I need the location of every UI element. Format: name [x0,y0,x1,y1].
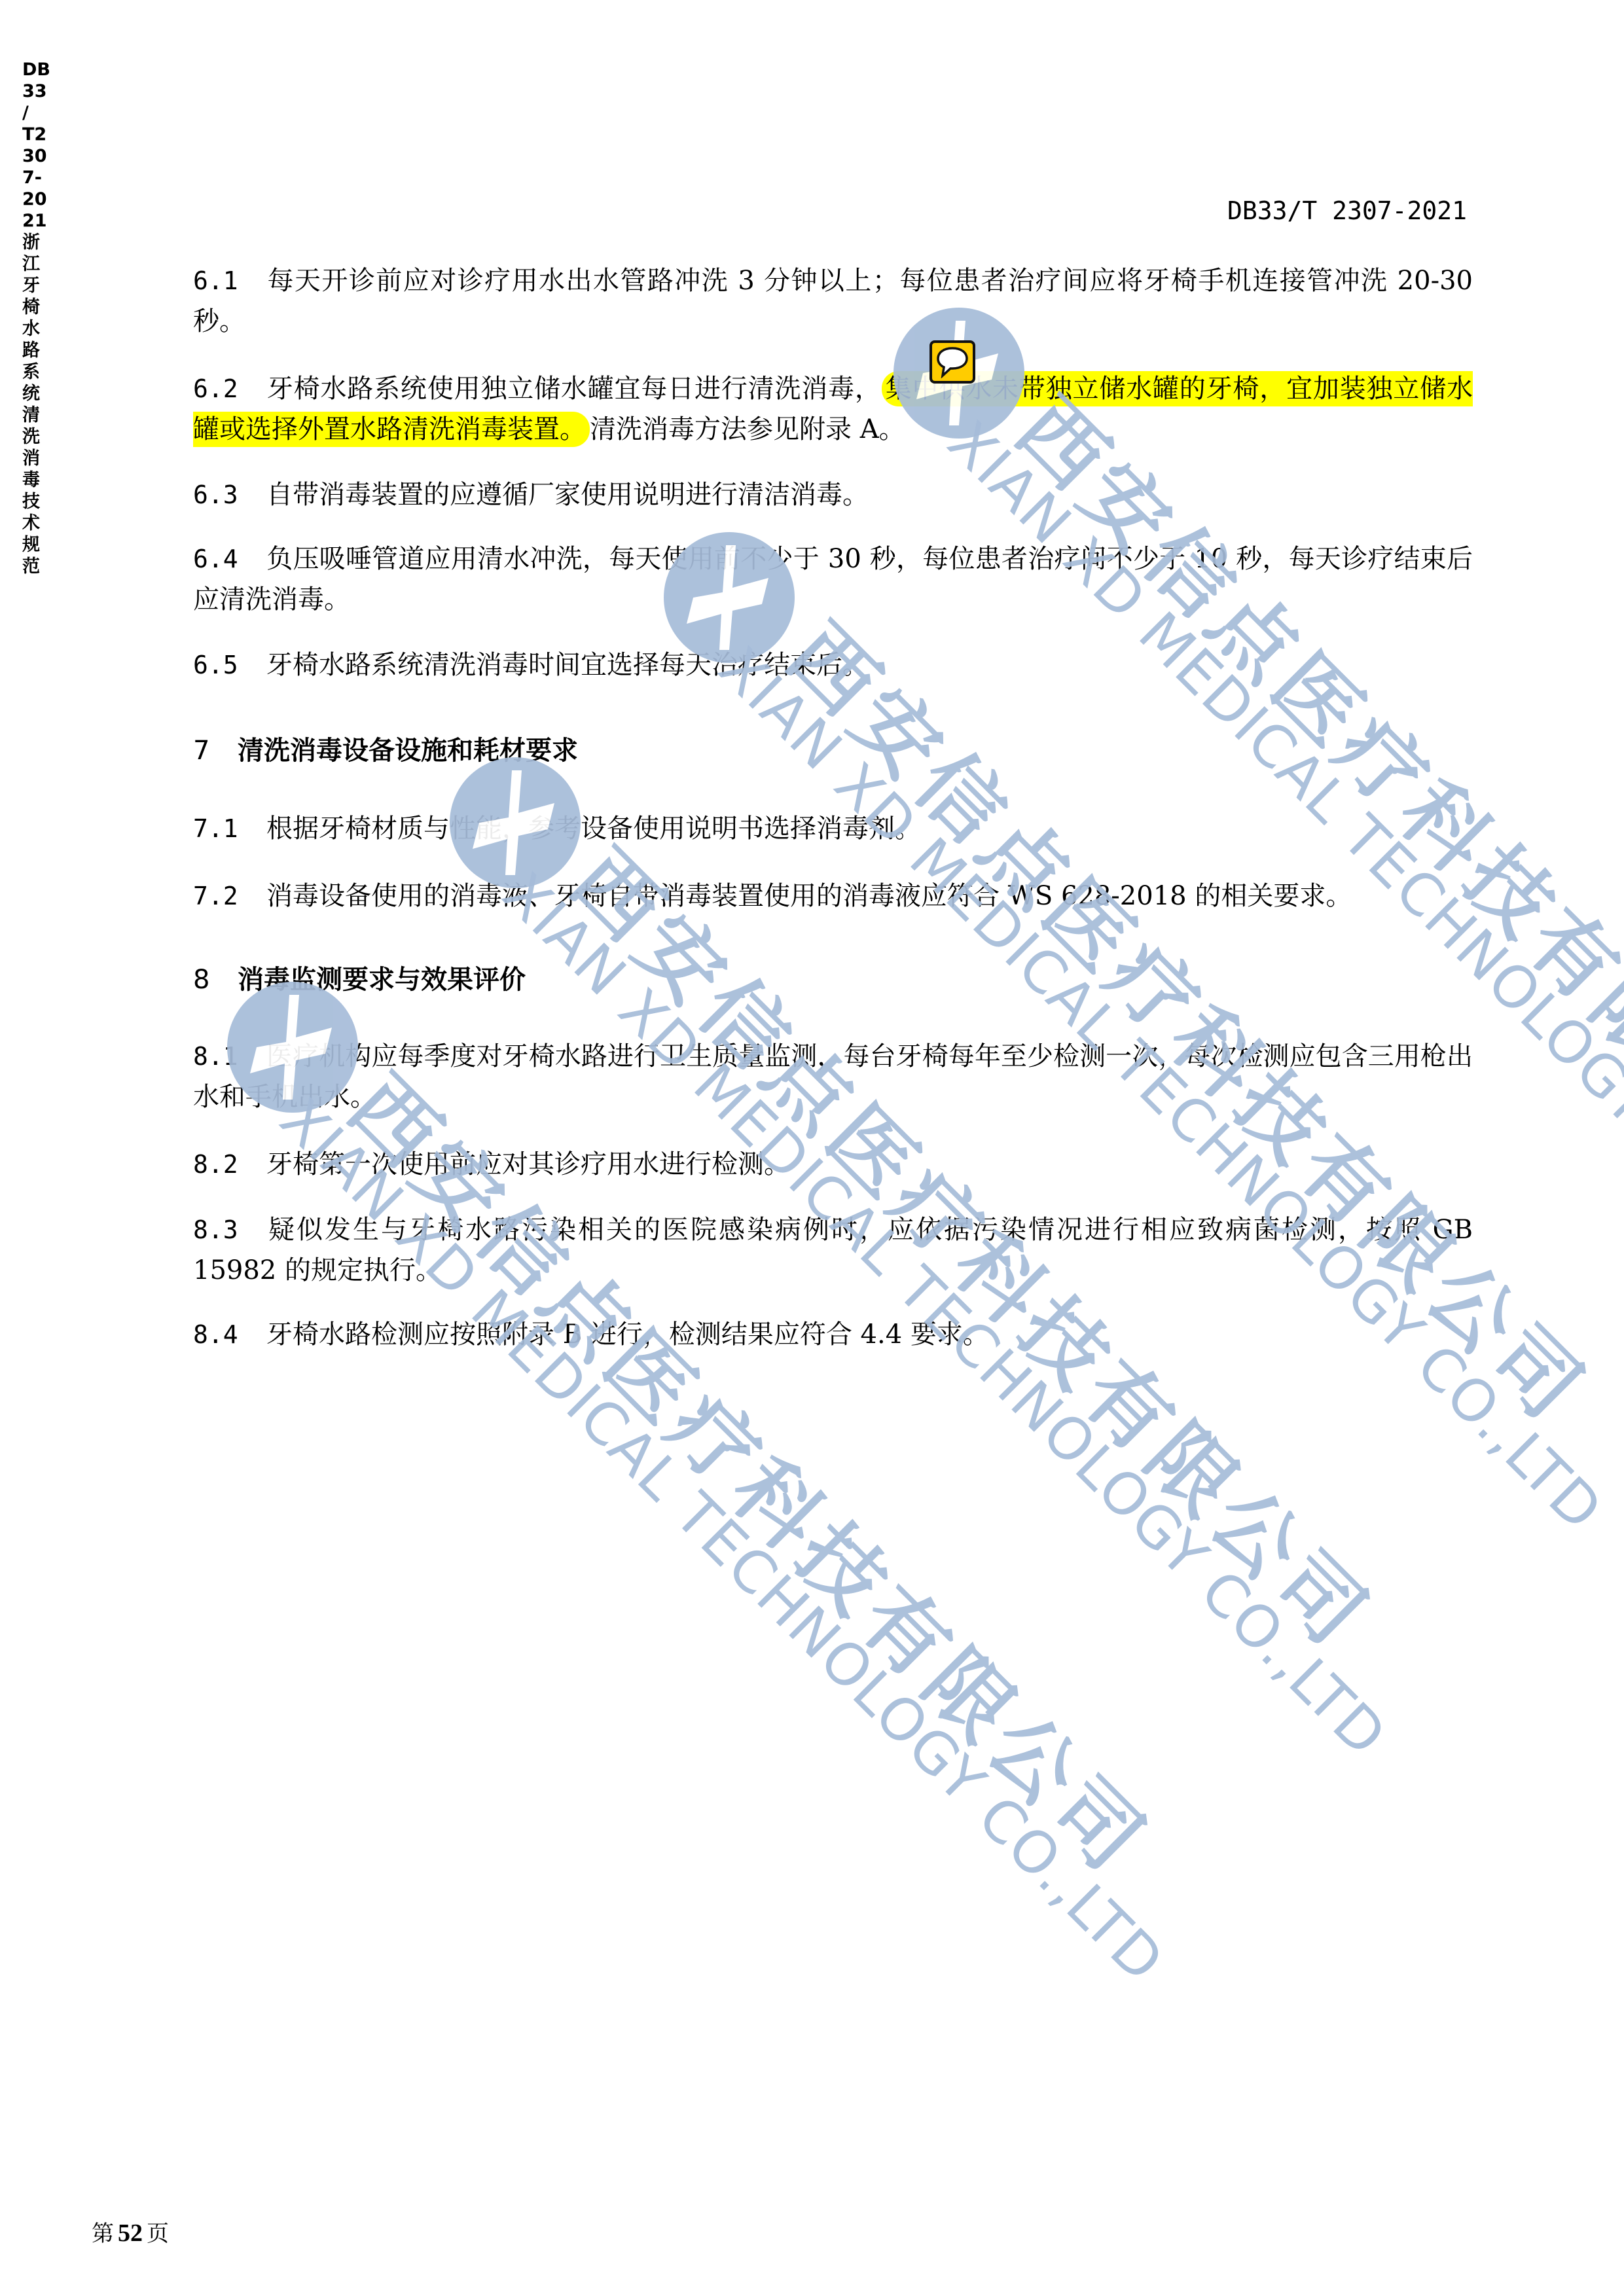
document-spine-title: DB33/T2307-2021浙江牙椅水路系统清洗消毒技术规范 [22,59,55,577]
page-footer: 第52页 [92,2215,169,2248]
clause-text: 牙椅水路系统使用独立储水罐宜每日进行清洗消毒， [266,374,882,404]
clause-number: 6.2 [193,368,266,409]
clause-7-1: 7.1根据牙椅材质与性能，参考设备使用说明书选择消毒剂。 [193,808,1473,849]
spine-line: 术 [22,512,55,534]
spine-line: 路 [22,340,55,361]
section-number: 7 [193,736,238,766]
spine-line: 20 [22,188,55,210]
clause-number: 8.3 [193,1210,266,1250]
clause-6-3: 6.3自带消毒装置的应遵循厂家使用说明进行清洁消毒。 [193,475,1473,515]
clause-text: 医疗机构应每季度对牙椅水路进行卫生质量监测，每台牙椅每年至少检测一次，每次检测应… [193,1041,1473,1112]
spine-line: 33 [22,81,55,102]
clause-6-1: 6.1每天开诊前应对诊疗用水出水管路冲洗 3 分钟以上；每位患者治疗间应将牙椅手… [193,260,1473,342]
clause-8-1: 8.1医疗机构应每季度对牙椅水路进行卫生质量监测，每台牙椅每年至少检测一次，每次… [193,1036,1473,1117]
clause-6-4: 6.4负压吸唾管道应用清水冲洗，每天使用前不少于 30 秒，每位患者治疗间不少于… [193,539,1473,620]
spine-line: DB [22,59,55,81]
clause-8-4: 8.4牙椅水路检测应按照附录 B 进行，检测结果应符合 4.4 要求。 [193,1314,1473,1355]
spine-line: 规 [22,534,55,556]
page-number: 52 [114,2219,147,2247]
page-prefix: 第 [92,2221,114,2247]
spine-line: 统 [22,383,55,404]
spine-line: 21 [22,210,55,232]
spine-line: 7- [22,167,55,188]
spine-line: 系 [22,361,55,383]
spine-line: 毒 [22,469,55,491]
spine-line: 范 [22,556,55,577]
clause-number: 6.5 [193,645,266,685]
clause-number: 8.2 [193,1144,266,1185]
clause-text: 消毒设备使用的消毒液、牙椅自带消毒装置使用的消毒液应符合 WS 628-2018… [266,881,1352,911]
speech-bubble-icon [935,346,970,378]
clause-text: 牙椅第一次使用前应对其诊疗用水进行检测。 [266,1149,790,1179]
spine-line: T2 [22,124,55,145]
clause-7-2: 7.2消毒设备使用的消毒液、牙椅自带消毒装置使用的消毒液应符合 WS 628-2… [193,876,1473,916]
clause-8-3: 8.3疑似发生与牙椅水路污染相关的医院感染病例时，应依据污染情况进行相应致病菌检… [193,1210,1473,1291]
spine-line: / [22,102,55,124]
watermark-logo-icon [227,982,358,1113]
clause-text: 自带消毒装置的应遵循厂家使用说明进行清洁消毒。 [266,480,869,510]
clause-text: 牙椅水路检测应按照附录 B 进行，检测结果应符合 4.4 要求。 [266,1319,989,1350]
spine-line: 水 [22,318,55,340]
clause-text: 疑似发生与牙椅水路污染相关的医院感染病例时，应依据污染情况进行相应致病菌检测，按… [193,1215,1473,1285]
clause-text: 根据牙椅材质与性能，参考设备使用说明书选择消毒剂。 [266,814,921,844]
clause-number: 6.3 [193,475,266,515]
clause-number: 6.1 [193,260,266,301]
watermark-logo-icon [664,532,795,663]
clause-number: 8.4 [193,1314,266,1355]
clause-8-2: 8.2牙椅第一次使用前应对其诊疗用水进行检测。 [193,1144,1473,1185]
spine-line: 浙 [22,232,55,253]
spine-line: 清 [22,404,55,426]
clause-6-2: 6.2牙椅水路系统使用独立储水罐宜每日进行清洗消毒，集中供水未带独立储水罐的牙椅… [193,368,1473,450]
spine-line: 江 [22,253,55,275]
spine-line: 消 [22,448,55,469]
clause-text: 每天开诊前应对诊疗用水出水管路冲洗 3 分钟以上；每位患者治疗间应将牙椅手机连接… [193,266,1473,336]
spine-line: 牙 [22,275,55,296]
spine-line: 技 [22,491,55,512]
comment-annotation-icon[interactable] [929,340,975,384]
spine-line: 洗 [22,426,55,448]
clause-number: 7.1 [193,808,266,849]
standard-code-header: DB33/T 2307-2021 [1227,196,1467,225]
page-suffix: 页 [147,2221,169,2247]
watermark-logo-icon [450,757,581,888]
clause-number: 6.4 [193,539,266,579]
clause-text-tail: 清洗消毒方法参见附录 A。 [590,414,905,444]
clause-text: 负压吸唾管道应用清水冲洗，每天使用前不少于 30 秒，每位患者治疗间不少于 10… [193,544,1473,615]
clause-6-5: 6.5牙椅水路系统清洗消毒时间宜选择每天治疗结束后。 [193,645,1473,685]
spine-line: 椅 [22,296,55,318]
clause-number: 7.2 [193,876,266,916]
spine-line: 30 [22,145,55,167]
